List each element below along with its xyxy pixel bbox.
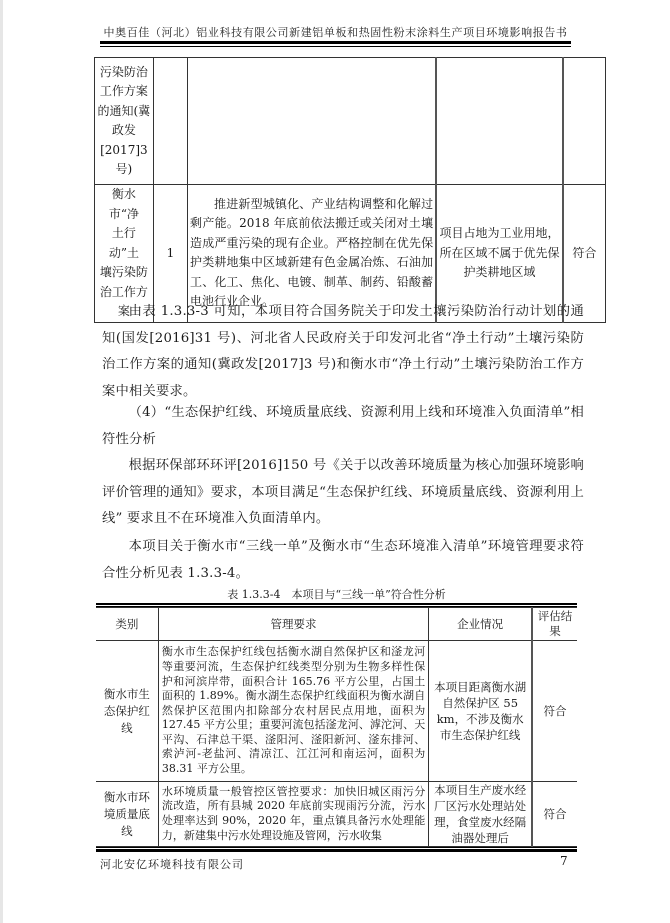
table-bottom-rule-thin [96,847,577,848]
footer-rule [96,851,576,852]
paragraph-text: 根据环保部环环评[2016]150 号《关于以改善环境质量为核心加强环境影响评价… [102,453,584,533]
paragraph-table-intro: 本项目关于衡水市“三线一单”及衡水市“生态环境准入清单”环境管理要求符合性分析见… [102,534,584,587]
section-heading-three-lines: （4）“生态保护红线、环境质量底线、资源利用上线和环境准入负面清单”相符性分析 [102,400,584,453]
name-line: 号) [97,160,151,180]
situation-cell [436,58,563,185]
name-line: 政发 [97,121,151,141]
table-row: 污染防治 工作方案 的通知(冀 政发 [2017]3 号) [95,58,606,185]
situation-cell: 本项目生产废水经厂区污水处理站处理，食堂废水经隔油器处理后 [429,782,532,847]
footer-company: 河北安亿环境科技有限公司 [100,856,244,872]
number-cell [153,58,187,185]
document-header-title: 中奥百佳（河北）铝业科技有限公司新建铝单板和热固性粉末涂料生产项目环境影响报告书 [100,24,571,40]
category-cell: 衡水市环境质量底线 [96,782,158,847]
requirement-cell [188,58,437,185]
name-line: 壤污染防 [97,263,151,283]
table-caption: 表 1.3.3-4 本项目与“三线一单”符合性分析 [96,586,577,602]
requirement-cell: 水环境质量一般管控区管控要求：加快旧城区雨污分流改造，所有县城 2020 年底前… [158,782,428,847]
requirement-cell: 衡水市生态保护红线包括衡水湖自然保护区和滏龙河等重要河流，生态保护红线类型分别为… [158,641,428,782]
table-1-3-3-3-continued: 污染防治 工作方案 的通知(冀 政发 [2017]3 号) 衡水市“净 土行动”… [94,57,606,323]
header-result: 评估结果 [532,608,577,641]
paragraph-basis: 根据环保部环环评[2016]150 号《关于以改善环境质量为核心加强环境影响评价… [102,453,584,533]
header-requirement: 管理要求 [158,608,428,641]
header-rule-thin [100,46,571,47]
paragraph-text: （4）“生态保护红线、环境质量底线、资源利用上线和环境准入负面清单”相符性分析 [102,400,584,453]
requirement-text: 推进新型城镇化、产业结构调整和化解过剩产能。2018 年底前依法搬迁或关闭对土壤… [190,195,433,312]
name-line: 工作方案 [97,82,151,102]
header-rule [100,41,571,44]
paragraph-text: 由表 1.3.3-3 可知，本项目符合国务院关于印发土壤污染防治行动计划的通知(… [102,299,584,405]
regulation-name-cell: 污染防治 工作方案 的通知(冀 政发 [2017]3 号) [95,58,154,185]
header-category: 类别 [96,608,158,641]
compliance-table: 类别 管理要求 企业情况 评估结果 衡水市生态保护红线 衡水市生态保护红线包括衡… [96,607,577,847]
situation-cell: 本项目距离衡水湖自然保护区 55 km，不涉及衡水市生态保护红线 [429,641,532,782]
table-1-3-3-4: 类别 管理要求 企业情况 评估结果 衡水市生态保护红线 衡水市生态保护红线包括衡… [96,603,577,852]
name-line: 污染防治 [97,63,151,83]
page-edge [0,0,3,923]
paragraph-text: 本项目关于衡水市“三线一单”及衡水市“生态环境准入清单”环境管理要求符合性分析见… [102,534,584,587]
name-line: 土行动”土 [97,224,151,263]
table-header-row: 类别 管理要求 企业情况 评估结果 [96,608,577,641]
table-row: 衡水市环境质量底线 水环境质量一般管控区管控要求：加快旧城区雨污分流改造，所有县… [96,782,577,847]
result-cell: 符合 [532,641,577,782]
table-row: 衡水市生态保护红线 衡水市生态保护红线包括衡水湖自然保护区和滏龙河等重要河流，生… [96,641,577,782]
name-line: 的通知(冀 [97,102,151,122]
table-top-rule [96,603,577,605]
result-cell [563,58,606,185]
page-number: 7 [560,854,568,868]
header-situation: 企业情况 [429,608,532,641]
name-line: [2017]3 [97,141,151,161]
result-cell: 符合 [532,782,577,847]
category-cell: 衡水市生态保护红线 [96,641,158,782]
paragraph-conclusion-soil: 由表 1.3.3-3 可知，本项目符合国务院关于印发土壤污染防治行动计划的通知(… [102,299,584,405]
name-line: 衡水市“净 [97,185,151,224]
